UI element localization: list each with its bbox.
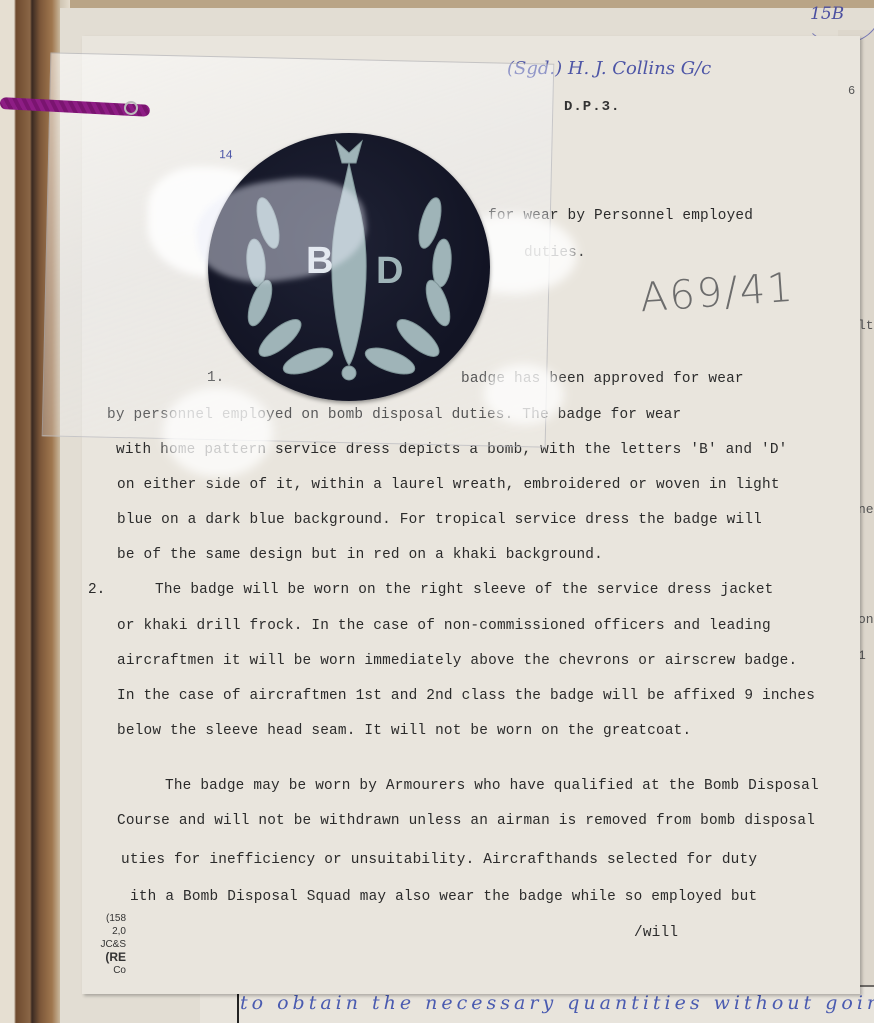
paragraph-number: 2. [88,582,105,598]
imprint-line: 2,0 [92,925,126,938]
paragraph-line: below the sleeve head seam. It will not … [117,723,691,739]
margin-fragment: lt [858,318,874,333]
imprint-line: (158 [92,912,126,925]
eyelet [124,101,138,115]
paragraph-line: uties for inefficiency or unsuitability.… [121,852,757,868]
imprint-line: (RE [92,951,126,964]
paragraph-line: In the case of aircraftmen 1st and 2nd c… [117,688,815,704]
catchword: /will [634,925,678,941]
paragraph-line: on either side of it, within a laurel wr… [117,477,780,493]
folio-number: 15B [810,4,844,24]
paragraph-line: The badge may be worn by Armourers who h… [165,778,819,794]
paragraph-line: The badge will be worn on the right slee… [155,582,774,598]
imprint-line: Co [92,964,126,977]
printer-imprint: (158 2,0 JC&S (RE Co [92,912,126,977]
paragraph-line: be of the same design but in red on a kh… [117,547,603,563]
underlying-handwriting: to obtain the necessary quantities witho… [240,992,874,1014]
paragraph-line: ith a Bomb Disposal Squad may also wear … [130,889,757,905]
paragraph-line: blue on a dark blue background. For trop… [117,512,762,528]
margin-fragment: on [858,612,874,627]
paragraph-line: or khaki drill frock. In the case of non… [117,618,771,634]
paragraph-line: aircraftmen it will be worn immediately … [117,653,797,669]
margin-fragment: ne [858,502,874,517]
badge-letter-d: D [376,250,403,292]
paragraph-line: Course and will not be withdrawn unless … [117,813,815,829]
margin-number: 6 [848,84,855,98]
office-code: D.P.3. [564,99,620,115]
